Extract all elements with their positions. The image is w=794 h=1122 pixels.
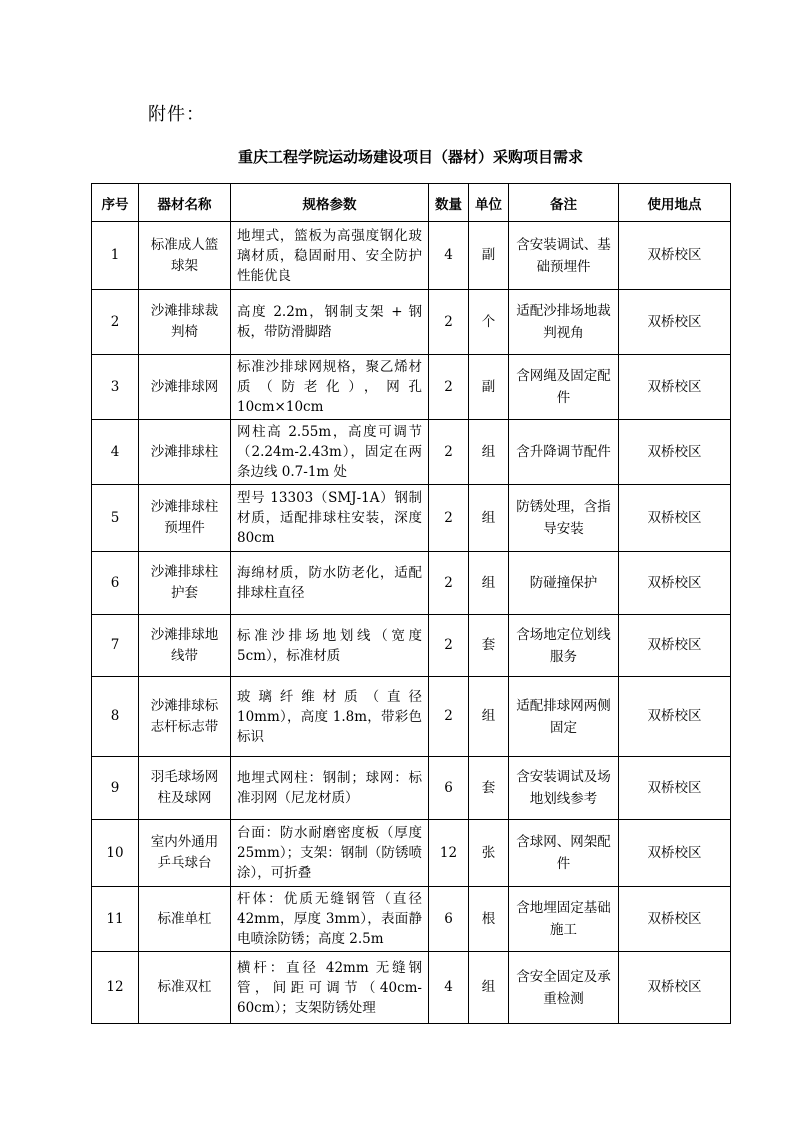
cell-remark: 防碰撞保护: [509, 552, 619, 615]
table-row: 12标准双杠横杆：直径 42mm 无缝钢管，间距可调节（40cm-60cm）；支…: [92, 952, 731, 1024]
cell-remark: 防锈处理，含指导安装: [509, 485, 619, 552]
cell-unit: 张: [469, 820, 509, 887]
table-row: 11标准单杠杆体：优质无缝钢管（直径 42mm，厚度 3mm），表面静电喷涂防锈…: [92, 887, 731, 952]
cell-no: 9: [92, 757, 139, 820]
requirements-table: 序号器材名称规格参数数量单位备注使用地点 1标准成人篮球架地埋式，篮板为高强度钢…: [91, 183, 731, 1024]
cell-no: 10: [92, 820, 139, 887]
cell-unit: 套: [469, 615, 509, 677]
document-title: 重庆工程学院运动场建设项目（器材）采购项目需求: [91, 146, 730, 167]
cell-remark: 含安装调试、基础预埋件: [509, 222, 619, 290]
cell-spec: 型号 13303（SMJ-1A）钢制材质，适配排球柱安装，深度 80cm: [231, 485, 429, 552]
cell-qty: 2: [429, 615, 469, 677]
cell-no: 4: [92, 420, 139, 485]
cell-spec: 地埋式，篮板为高强度钢化玻璃材质，稳固耐用、安全防护性能优良: [231, 222, 429, 290]
header-cell-2: 规格参数: [231, 184, 429, 222]
cell-unit: 组: [469, 420, 509, 485]
cell-remark: 含球网、网架配件: [509, 820, 619, 887]
cell-name: 沙滩排球柱: [139, 420, 231, 485]
cell-no: 1: [92, 222, 139, 290]
cell-qty: 2: [429, 290, 469, 355]
cell-spec: 台面：防水耐磨密度板（厚度 25mm）；支架：钢制（防锈喷涂），可折叠: [231, 820, 429, 887]
cell-qty: 2: [429, 485, 469, 552]
table-row: 3沙滩排球网标准沙排球网规格，聚乙烯材质（防老化），网孔 10cm×10cm2副…: [92, 355, 731, 420]
table-row: 9羽毛球场网柱及球网地埋式网柱：钢制；球网：标准羽网（尼龙材质）6套含安装调试及…: [92, 757, 731, 820]
cell-no: 2: [92, 290, 139, 355]
header-cell-6: 使用地点: [619, 184, 731, 222]
header-row: 序号器材名称规格参数数量单位备注使用地点: [92, 184, 731, 222]
cell-qty: 2: [429, 355, 469, 420]
cell-qty: 4: [429, 952, 469, 1024]
cell-name: 沙滩排球裁判椅: [139, 290, 231, 355]
header-cell-0: 序号: [92, 184, 139, 222]
cell-remark: 含网绳及固定配件: [509, 355, 619, 420]
cell-name: 室内外通用乒乓球台: [139, 820, 231, 887]
document-page: 附件： 重庆工程学院运动场建设项目（器材）采购项目需求 序号器材名称规格参数数量…: [0, 0, 794, 1122]
cell-name: 羽毛球场网柱及球网: [139, 757, 231, 820]
cell-location: 双桥校区: [619, 222, 731, 290]
table-row: 7沙滩排球地线带标准沙排场地划线（宽度 5cm），标准材质2套含场地定位划线服务…: [92, 615, 731, 677]
cell-location: 双桥校区: [619, 677, 731, 757]
cell-spec: 杆体：优质无缝钢管（直径 42mm，厚度 3mm），表面静电喷涂防锈；高度 2.…: [231, 887, 429, 952]
cell-qty: 2: [429, 420, 469, 485]
cell-qty: 6: [429, 757, 469, 820]
cell-spec: 海绵材质，防水防老化，适配排球柱直径: [231, 552, 429, 615]
cell-location: 双桥校区: [619, 290, 731, 355]
table-row: 10室内外通用乒乓球台台面：防水耐磨密度板（厚度 25mm）；支架：钢制（防锈喷…: [92, 820, 731, 887]
cell-remark: 含安全固定及承重检测: [509, 952, 619, 1024]
header-cell-5: 备注: [509, 184, 619, 222]
cell-location: 双桥校区: [619, 420, 731, 485]
table-row: 8沙滩排球标志杆标志带玻璃纤维材质（直径 10mm），高度 1.8m，带彩色标识…: [92, 677, 731, 757]
cell-name: 沙滩排球网: [139, 355, 231, 420]
cell-no: 11: [92, 887, 139, 952]
cell-unit: 副: [469, 355, 509, 420]
cell-qty: 6: [429, 887, 469, 952]
cell-location: 双桥校区: [619, 757, 731, 820]
cell-location: 双桥校区: [619, 820, 731, 887]
cell-qty: 2: [429, 552, 469, 615]
cell-name: 标准成人篮球架: [139, 222, 231, 290]
table-row: 6沙滩排球柱护套海绵材质，防水防老化，适配排球柱直径2组防碰撞保护双桥校区: [92, 552, 731, 615]
cell-name: 标准单杠: [139, 887, 231, 952]
cell-remark: 含安装调试及场地划线参考: [509, 757, 619, 820]
cell-unit: 套: [469, 757, 509, 820]
cell-qty: 4: [429, 222, 469, 290]
table-header: 序号器材名称规格参数数量单位备注使用地点: [92, 184, 731, 222]
header-cell-4: 单位: [469, 184, 509, 222]
cell-name: 沙滩排球柱预埋件: [139, 485, 231, 552]
cell-spec: 横杆：直径 42mm 无缝钢管，间距可调节（40cm-60cm）；支架防锈处理: [231, 952, 429, 1024]
cell-name: 沙滩排球柱护套: [139, 552, 231, 615]
cell-no: 6: [92, 552, 139, 615]
cell-location: 双桥校区: [619, 887, 731, 952]
cell-no: 5: [92, 485, 139, 552]
cell-location: 双桥校区: [619, 615, 731, 677]
cell-unit: 组: [469, 552, 509, 615]
cell-unit: 组: [469, 952, 509, 1024]
cell-no: 3: [92, 355, 139, 420]
cell-name: 沙滩排球标志杆标志带: [139, 677, 231, 757]
cell-no: 12: [92, 952, 139, 1024]
cell-location: 双桥校区: [619, 952, 731, 1024]
header-cell-3: 数量: [429, 184, 469, 222]
cell-location: 双桥校区: [619, 355, 731, 420]
cell-qty: 2: [429, 677, 469, 757]
cell-spec: 玻璃纤维材质（直径 10mm），高度 1.8m，带彩色标识: [231, 677, 429, 757]
cell-unit: 副: [469, 222, 509, 290]
cell-remark: 适配沙排场地裁判视角: [509, 290, 619, 355]
cell-no: 7: [92, 615, 139, 677]
cell-remark: 含地埋固定基础施工: [509, 887, 619, 952]
header-cell-1: 器材名称: [139, 184, 231, 222]
cell-spec: 标准沙排球网规格，聚乙烯材质（防老化），网孔 10cm×10cm: [231, 355, 429, 420]
table-row: 1标准成人篮球架地埋式，篮板为高强度钢化玻璃材质，稳固耐用、安全防护性能优良4副…: [92, 222, 731, 290]
cell-remark: 适配排球网两侧固定: [509, 677, 619, 757]
cell-name: 沙滩排球地线带: [139, 615, 231, 677]
cell-unit: 个: [469, 290, 509, 355]
cell-spec: 高度 2.2m，钢制支架 + 钢板，带防滑脚踏: [231, 290, 429, 355]
cell-qty: 12: [429, 820, 469, 887]
cell-remark: 含升降调节配件: [509, 420, 619, 485]
cell-remark: 含场地定位划线服务: [509, 615, 619, 677]
cell-unit: 根: [469, 887, 509, 952]
cell-unit: 组: [469, 485, 509, 552]
cell-unit: 组: [469, 677, 509, 757]
cell-name: 标准双杠: [139, 952, 231, 1024]
attachment-label: 附件：: [148, 100, 205, 126]
cell-no: 8: [92, 677, 139, 757]
cell-spec: 网柱高 2.55m，高度可调节（2.24m-2.43m），固定在两条边线 0.7…: [231, 420, 429, 485]
cell-location: 双桥校区: [619, 485, 731, 552]
table-row: 5沙滩排球柱预埋件型号 13303（SMJ-1A）钢制材质，适配排球柱安装，深度…: [92, 485, 731, 552]
cell-location: 双桥校区: [619, 552, 731, 615]
table-row: 4沙滩排球柱网柱高 2.55m，高度可调节（2.24m-2.43m），固定在两条…: [92, 420, 731, 485]
cell-spec: 地埋式网柱：钢制；球网：标准羽网（尼龙材质）: [231, 757, 429, 820]
cell-spec: 标准沙排场地划线（宽度 5cm），标准材质: [231, 615, 429, 677]
table-row: 2沙滩排球裁判椅高度 2.2m，钢制支架 + 钢板，带防滑脚踏2个适配沙排场地裁…: [92, 290, 731, 355]
table-body: 1标准成人篮球架地埋式，篮板为高强度钢化玻璃材质，稳固耐用、安全防护性能优良4副…: [92, 222, 731, 1024]
